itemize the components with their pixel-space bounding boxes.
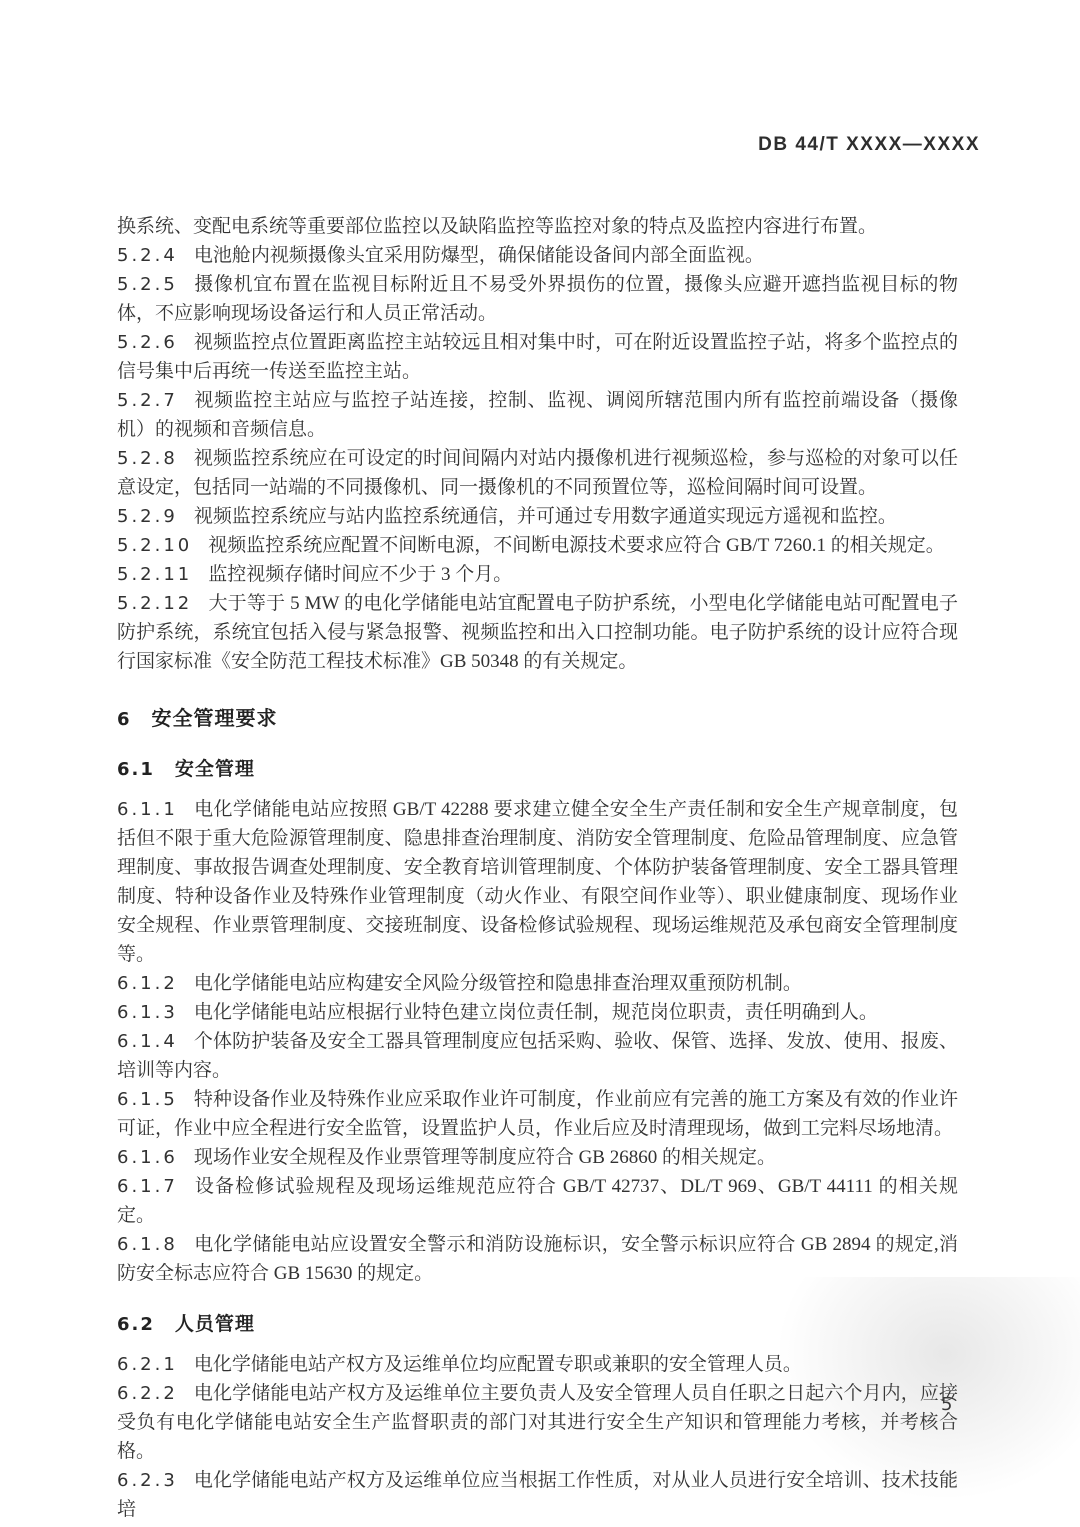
clause-text: 电化学储能电站应按照 GB/T 42288 要求建立健全安全生产责任制和安全生产… bbox=[117, 799, 958, 965]
clause-text: 视频监控系统应配置不间断电源，不间断电源技术要求应符合 GB/T 7260.1 … bbox=[208, 535, 944, 556]
clause-text: 视频监控主站应与监控子站连接，控制、监视、调阅所辖范围内所有监控前端设备（摄像机… bbox=[117, 390, 958, 440]
clause-number: 6.1.6 bbox=[117, 1147, 178, 1168]
clause-text: 视频监控系统应在可设定的时间间隔内对站内摄像机进行视频巡检，参与巡检的对象可以任… bbox=[117, 448, 958, 498]
clause-text: 人员管理 bbox=[175, 1314, 255, 1335]
clause-text: 安全管理要求 bbox=[152, 708, 278, 730]
document-code: DB 44/T XXXX—XXXX bbox=[758, 134, 980, 156]
clause-number: 6.1.7 bbox=[117, 1176, 178, 1197]
clause-paragraph: 6.2.1电化学储能电站产权方及运维单位均应配置专职或兼职的安全管理人员。 bbox=[117, 1350, 958, 1379]
clause-text: 现场作业安全规程及作业票管理等制度应符合 GB 26860 的相关规定。 bbox=[194, 1147, 776, 1168]
clause-paragraph: 6.1.8电化学储能电站应设置安全警示和消防设施标识，安全警示标识应符合 GB … bbox=[117, 1230, 958, 1288]
clause-number: 5.2.7 bbox=[117, 390, 178, 411]
clause-number: 5.2.12 bbox=[117, 593, 192, 614]
clause-paragraph: 6.2.2电化学储能电站产权方及运维单位主要负责人及安全管理人员自任职之日起六个… bbox=[117, 1379, 958, 1466]
clause-paragraph: 6.1.4个体防护装备及安全工器具管理制度应包括采购、验收、保管、选择、发放、使… bbox=[117, 1027, 958, 1085]
clause-paragraph: 6.1.7设备检修试验规程及现场运维规范应符合 GB/T 42737、DL/T … bbox=[117, 1172, 958, 1230]
clause-number: 6.1.1 bbox=[117, 799, 178, 820]
chapter-heading: 6安全管理要求 bbox=[117, 706, 958, 733]
clause-text: 电池舱内视频摄像头宜采用防爆型，确保储能设备间内部全面监视。 bbox=[194, 245, 764, 266]
section-heading: 6.1安全管理 bbox=[117, 757, 958, 782]
clause-text: 监控视频存储时间应不少于 3 个月。 bbox=[208, 564, 512, 585]
clause-paragraph: 5.2.5摄像机宜布置在监视目标附近且不易受外界损伤的位置，摄像头应避开遮挡监视… bbox=[117, 270, 958, 328]
clause-number: 5.2.5 bbox=[117, 274, 178, 295]
clause-number: 6.2.1 bbox=[117, 1354, 178, 1375]
clause-text: 摄像机宜布置在监视目标附近且不易受外界损伤的位置，摄像头应避开遮挡监视目标的物体… bbox=[117, 274, 958, 324]
document-page: DB 44/T XXXX—XXXX 换系统、变配电系统等重要部位监控以及缺陷监控… bbox=[0, 0, 1080, 1527]
clause-number: 6 bbox=[117, 709, 132, 730]
clause-text: 设备检修试验规程及现场运维规范应符合 GB/T 42737、DL/T 969、G… bbox=[117, 1176, 958, 1226]
clause-number: 6.1.3 bbox=[117, 1002, 178, 1023]
content-blocks: 换系统、变配电系统等重要部位监控以及缺陷监控等监控对象的特点及监控内容进行布置。… bbox=[117, 212, 958, 1524]
clause-paragraph: 5.2.4电池舱内视频摄像头宜采用防爆型，确保储能设备间内部全面监视。 bbox=[117, 241, 958, 270]
clause-number: 6.1.5 bbox=[117, 1089, 178, 1110]
clause-text: 大于等于 5 MW 的电化学储能电站宜配置电子防护系统，小型电化学储能电站可配置… bbox=[117, 593, 958, 672]
clause-number: 6.1.8 bbox=[117, 1234, 178, 1255]
clause-number: 5.2.6 bbox=[117, 332, 178, 353]
clause-paragraph: 5.2.8视频监控系统应在可设定的时间间隔内对站内摄像机进行视频巡检，参与巡检的… bbox=[117, 444, 958, 502]
continuation-paragraph: 换系统、变配电系统等重要部位监控以及缺陷监控等监控对象的特点及监控内容进行布置。 bbox=[117, 212, 958, 241]
clause-paragraph: 6.1.3电化学储能电站应根据行业特色建立岗位责任制，规范岗位职责，责任明确到人… bbox=[117, 998, 958, 1027]
clause-number: 5.2.9 bbox=[117, 506, 178, 527]
section-heading: 6.2人员管理 bbox=[117, 1312, 958, 1337]
clause-number: 6.2.2 bbox=[117, 1383, 178, 1404]
clause-paragraph: 5.2.12大于等于 5 MW 的电化学储能电站宜配置电子防护系统，小型电化学储… bbox=[117, 589, 958, 676]
clause-text: 特种设备作业及特殊作业应采取作业许可制度，作业前应有完善的施工方案及有效的作业许… bbox=[117, 1089, 958, 1139]
clause-text: 视频监控点位置距离监控主站较远且相对集中时，可在附近设置监控子站，将多个监控点的… bbox=[117, 332, 958, 382]
clause-number: 5.2.8 bbox=[117, 448, 178, 469]
page-number: 5 bbox=[941, 1394, 952, 1415]
clause-paragraph: 5.2.9视频监控系统应与站内监控系统通信，并可通过专用数字通道实现远方遥视和监… bbox=[117, 502, 958, 531]
clause-paragraph: 5.2.6视频监控点位置距离监控主站较远且相对集中时，可在附近设置监控子站，将多… bbox=[117, 328, 958, 386]
clause-text: 个体防护装备及安全工器具管理制度应包括采购、验收、保管、选择、发放、使用、报废、… bbox=[117, 1031, 958, 1081]
clause-text: 电化学储能电站产权方及运维单位应当根据工作性质，对从业人员进行安全培训、技术技能… bbox=[117, 1470, 958, 1520]
clause-paragraph: 6.1.5特种设备作业及特殊作业应采取作业许可制度，作业前应有完善的施工方案及有… bbox=[117, 1085, 958, 1143]
clause-paragraph: 5.2.11监控视频存储时间应不少于 3 个月。 bbox=[117, 560, 958, 589]
clause-text: 电化学储能电站产权方及运维单位主要负责人及安全管理人员自任职之日起六个月内，应接… bbox=[117, 1383, 958, 1462]
clause-number: 6.1 bbox=[117, 759, 155, 780]
clause-number: 5.2.4 bbox=[117, 245, 178, 266]
clause-text: 电化学储能电站应根据行业特色建立岗位责任制，规范岗位职责，责任明确到人。 bbox=[194, 1002, 878, 1023]
clause-paragraph: 6.1.2电化学储能电站应构建安全风险分级管控和隐患排查治理双重预防机制。 bbox=[117, 969, 958, 998]
clause-paragraph: 5.2.10视频监控系统应配置不间断电源，不间断电源技术要求应符合 GB/T 7… bbox=[117, 531, 958, 560]
clause-paragraph: 6.1.1电化学储能电站应按照 GB/T 42288 要求建立健全安全生产责任制… bbox=[117, 795, 958, 969]
clause-number: 6.1.2 bbox=[117, 973, 178, 994]
clause-text: 电化学储能电站产权方及运维单位均应配置专职或兼职的安全管理人员。 bbox=[194, 1354, 802, 1375]
clause-text: 视频监控系统应与站内监控系统通信，并可通过专用数字通道实现远方遥视和监控。 bbox=[194, 506, 897, 527]
clause-number: 5.2.10 bbox=[117, 535, 192, 556]
clause-number: 5.2.11 bbox=[117, 564, 192, 585]
clause-paragraph: 6.2.3电化学储能电站产权方及运维单位应当根据工作性质，对从业人员进行安全培训… bbox=[117, 1466, 958, 1524]
clause-text: 电化学储能电站应设置安全警示和消防设施标识，安全警示标识应符合 GB 2894 … bbox=[117, 1234, 958, 1284]
clause-paragraph: 5.2.7视频监控主站应与监控子站连接，控制、监视、调阅所辖范围内所有监控前端设… bbox=[117, 386, 958, 444]
clause-number: 6.2.3 bbox=[117, 1470, 178, 1491]
clause-paragraph: 6.1.6现场作业安全规程及作业票管理等制度应符合 GB 26860 的相关规定… bbox=[117, 1143, 958, 1172]
clause-text: 换系统、变配电系统等重要部位监控以及缺陷监控等监控对象的特点及监控内容进行布置。 bbox=[117, 216, 877, 237]
clause-text: 电化学储能电站应构建安全风险分级管控和隐患排查治理双重预防机制。 bbox=[194, 973, 802, 994]
clause-number: 6.1.4 bbox=[117, 1031, 178, 1052]
clause-number: 6.2 bbox=[117, 1314, 155, 1335]
clause-text: 安全管理 bbox=[175, 759, 255, 780]
